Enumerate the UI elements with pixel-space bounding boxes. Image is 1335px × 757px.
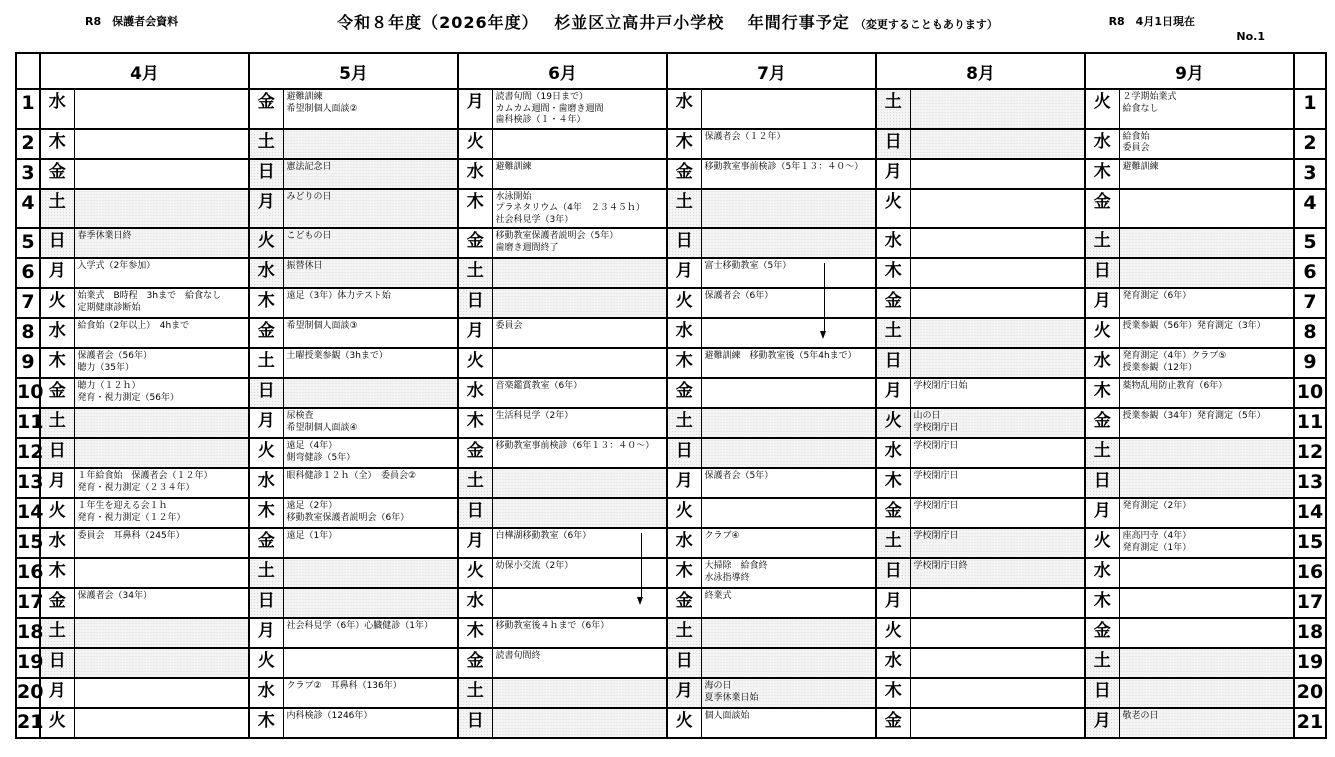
dow-cell: 日 [876, 348, 910, 378]
dow-cell: 木 [876, 468, 910, 498]
day-number-cell: 5 [16, 228, 40, 258]
event-text: 移動教室事前検診（6年１３：４０～） [496, 441, 664, 453]
event-cell: 遠足（3年）体力テスト始 [283, 288, 458, 318]
dow-cell: 金 [1085, 408, 1119, 438]
dow-cell: 金 [458, 438, 492, 468]
dow-cell: 日 [40, 228, 74, 258]
dow-cell: 木 [40, 129, 74, 159]
day-number-cell: 20 [16, 678, 40, 708]
event-cell: 委員会 [492, 318, 667, 348]
dow-cell: 火 [667, 708, 701, 738]
event-text: 避難訓練 [1123, 162, 1291, 174]
event-text: 保護者会（１２年） [705, 132, 873, 144]
event-cell: 学校閉庁日 [910, 468, 1085, 498]
dow-cell: 金 [458, 228, 492, 258]
day-number-cell: 3 [16, 159, 40, 189]
event-text: 給食始（2年以上） 4hまで [78, 321, 246, 333]
event-text: 移動教室保護者説明会（6年） [287, 513, 455, 525]
day-number-cell: 7 [1294, 288, 1326, 318]
schedule-row: 10金聴力（１２ｈ）発育・視力測定（56年）日水音楽鑑賞教室（6年）金月学校閉庁… [16, 378, 1326, 408]
event-text: 遠足（3年）体力テスト始 [287, 291, 455, 303]
event-text: 遠足（2年） [287, 501, 455, 513]
day-number-cell: 2 [16, 129, 40, 159]
event-text: 読書旬間（19日まで） [496, 92, 664, 104]
schedule-row: 5日春季休業日終火こどもの日金移動教室保護者説明会（5年）歯磨き週間終了日水土5 [16, 228, 1326, 258]
dow-cell: 土 [249, 558, 283, 588]
schedule-row: 9木保護者会（56年）聴力（35年）土土曜授業参観（3hまで）火木避難訓練 移動… [16, 348, 1326, 378]
month-header-1: 4月 [40, 53, 249, 89]
day-number-cell: 9 [16, 348, 40, 378]
dow-cell: 日 [667, 438, 701, 468]
event-cell: 聴力（１２ｈ）発育・視力測定（56年） [74, 378, 249, 408]
dow-cell: 木 [667, 129, 701, 159]
dow-cell: 火 [1085, 318, 1119, 348]
dow-cell: 日 [667, 228, 701, 258]
day-number-cell: 12 [1294, 438, 1326, 468]
event-cell [701, 228, 876, 258]
trip-duration-arrow-icon [824, 263, 825, 333]
dow-cell: 土 [876, 318, 910, 348]
page-number: No.1 [1236, 30, 1265, 43]
event-cell [283, 588, 458, 618]
dow-cell: 月 [1085, 498, 1119, 528]
event-cell: 薬物乱用防止教育（6年） [1119, 378, 1294, 408]
event-text: 保護者会（6年） [705, 291, 873, 303]
event-text: ２学期始業式 [1123, 92, 1291, 104]
dow-cell: 土 [249, 129, 283, 159]
event-cell [701, 89, 876, 129]
day-number-cell: 18 [16, 618, 40, 648]
event-text: 水泳開始 [496, 192, 664, 204]
event-cell: 遠足（2年）移動教室保護者説明会（6年） [283, 498, 458, 528]
event-cell: 眼科健診１２ｈ（全） 委員会② [283, 468, 458, 498]
event-cell: クラブ④ [701, 528, 876, 558]
event-cell: 遠足（1年） [283, 528, 458, 558]
event-cell: 避難訓練 [492, 159, 667, 189]
event-cell [910, 159, 1085, 189]
event-cell [1119, 189, 1294, 229]
dow-cell: 月 [1085, 708, 1119, 738]
event-cell: 学校閉庁日始 [910, 378, 1085, 408]
event-text: 学校閉庁日終 [914, 561, 1082, 573]
dow-cell: 水 [40, 528, 74, 558]
dow-cell: 木 [458, 618, 492, 648]
event-cell [1119, 678, 1294, 708]
event-text: 社会科見学（3年） [496, 215, 664, 227]
dow-cell: 土 [458, 468, 492, 498]
event-cell [910, 288, 1085, 318]
event-cell: 保護者会（6年） [701, 288, 876, 318]
month-header-row: 4月5月6月7月8月9月 [16, 53, 1326, 89]
event-text: 夏季休業日始 [705, 693, 873, 705]
event-text: 学校閉庁日 [914, 531, 1082, 543]
event-cell: 保護者会（１２年） [701, 129, 876, 159]
event-cell [910, 318, 1085, 348]
dow-cell: 木 [1085, 159, 1119, 189]
event-text: 授業参観（34年）発育測定（5年） [1123, 411, 1291, 423]
event-cell: 大掃除 給食終水泳指導終 [701, 558, 876, 588]
event-cell [910, 258, 1085, 288]
dow-cell: 土 [667, 618, 701, 648]
event-cell: 避難訓練 [1119, 159, 1294, 189]
event-text: クラブ④ [705, 531, 873, 543]
dow-cell: 月 [876, 159, 910, 189]
event-cell [74, 159, 249, 189]
day-number-cell: 19 [16, 648, 40, 678]
event-cell [910, 189, 1085, 229]
dow-cell: 金 [249, 528, 283, 558]
event-text: 学校閉庁日始 [914, 381, 1082, 393]
event-text: 歯磨き週間終了 [496, 243, 664, 255]
dow-cell: 金 [40, 159, 74, 189]
dow-cell: 水 [458, 588, 492, 618]
event-cell [701, 408, 876, 438]
event-text: 希望制個人面談② [287, 104, 455, 116]
dow-cell: 土 [667, 189, 701, 229]
event-cell: みどりの日 [283, 189, 458, 229]
dow-cell: 土 [40, 618, 74, 648]
event-text: 保護者会（56年） [78, 351, 246, 363]
event-cell [701, 438, 876, 468]
event-text: 薬物乱用防止教育（6年） [1123, 381, 1291, 393]
event-text: 大掃除 給食終 [705, 561, 873, 573]
event-cell [1119, 618, 1294, 648]
dow-cell: 水 [876, 228, 910, 258]
event-text: 給食始 [1123, 132, 1291, 144]
event-text: 定期健康診断始 [78, 303, 246, 315]
dow-cell: 月 [876, 588, 910, 618]
dow-cell: 日 [249, 378, 283, 408]
event-text: 学校閉庁日 [914, 441, 1082, 453]
dow-cell: 金 [876, 498, 910, 528]
day-number-cell: 15 [1294, 528, 1326, 558]
dow-cell: 日 [1085, 678, 1119, 708]
event-text: 水泳指導終 [705, 573, 873, 585]
event-cell: 移動教室後４ｈまで（6年） [492, 618, 667, 648]
event-cell: 保護者会（34年） [74, 588, 249, 618]
event-cell: 春季休業日終 [74, 228, 249, 258]
dow-cell: 金 [667, 588, 701, 618]
event-cell [910, 228, 1085, 258]
event-cell: 始業式 B時程 3hまで 給食なし定期健康診断始 [74, 288, 249, 318]
dow-cell: 水 [667, 89, 701, 129]
dow-cell: 水 [1085, 348, 1119, 378]
event-text: 側弯健診（5年） [287, 453, 455, 465]
event-cell: 音楽鑑賞教室（6年） [492, 378, 667, 408]
month-header-4: 7月 [667, 53, 876, 89]
dow-cell: 月 [667, 258, 701, 288]
event-text: 希望制個人面談④ [287, 423, 455, 435]
event-cell [910, 588, 1085, 618]
dow-cell: 火 [1085, 89, 1119, 129]
day-number-cell: 3 [1294, 159, 1326, 189]
day-number-cell: 21 [16, 708, 40, 738]
event-cell: 振替休日 [283, 258, 458, 288]
event-text: 給食なし [1123, 104, 1291, 116]
dow-cell: 月 [40, 258, 74, 288]
dow-cell: 火 [458, 558, 492, 588]
event-text: 振替休日 [287, 261, 455, 273]
event-cell [910, 129, 1085, 159]
dow-cell: 日 [458, 288, 492, 318]
event-cell: 移動教室保護者説明会（5年）歯磨き週間終了 [492, 228, 667, 258]
event-text: 保護者会（5年） [705, 471, 873, 483]
event-text: 白樺湖移動教室（6年） [496, 531, 664, 543]
event-text: 発育・視力測定（56年） [78, 393, 246, 405]
dow-cell: 月 [667, 678, 701, 708]
day-number-cell: 10 [16, 378, 40, 408]
dow-cell: 土 [1085, 648, 1119, 678]
event-cell: 終業式 [701, 588, 876, 618]
dow-cell: 月 [876, 378, 910, 408]
dow-cell: 土 [458, 258, 492, 288]
schedule-row: 7火始業式 B時程 3hまで 給食なし定期健康診断始木遠足（3年）体力テスト始日… [16, 288, 1326, 318]
event-text: 眼科健診１２ｈ（全） 委員会② [287, 471, 455, 483]
event-text: 内科検診（1246年） [287, 711, 455, 723]
event-text: 保護者会（34年） [78, 591, 246, 603]
event-cell [492, 498, 667, 528]
dow-cell: 木 [667, 558, 701, 588]
day-number-cell: 16 [1294, 558, 1326, 588]
dow-cell: 木 [249, 288, 283, 318]
event-cell: 社会科見学（6年）心臓健診（1年） [283, 618, 458, 648]
event-text: 遠足（1年） [287, 531, 455, 543]
event-cell: 敬老の日 [1119, 708, 1294, 738]
day-number-cell: 13 [16, 468, 40, 498]
event-cell [74, 408, 249, 438]
dow-cell: 土 [876, 89, 910, 129]
event-text: 避難訓練 [496, 162, 664, 174]
event-cell: 給食始委員会 [1119, 129, 1294, 159]
event-text: 歯科検診（１・４年） [496, 115, 664, 127]
dow-cell: 土 [667, 408, 701, 438]
event-text: 社会科見学（6年）心臓健診（1年） [287, 621, 455, 633]
event-cell: 憲法記念日 [283, 159, 458, 189]
event-cell [492, 468, 667, 498]
dow-cell: 火 [249, 648, 283, 678]
schedule-row: 11土月尿検査希望制個人面談④木生活科見学（2年）土火山の日学校閉庁日金授業参観… [16, 408, 1326, 438]
event-cell [701, 498, 876, 528]
dow-cell: 火 [249, 228, 283, 258]
dow-cell: 水 [667, 318, 701, 348]
event-text: 発育・視力測定（２３４年） [78, 483, 246, 495]
event-cell [910, 618, 1085, 648]
event-text: 学校閉庁日 [914, 501, 1082, 513]
event-text: 聴力（１２ｈ） [78, 381, 246, 393]
schedule-row: 18土月社会科見学（6年）心臓健診（1年）木移動教室後４ｈまで（6年）土火金18 [16, 618, 1326, 648]
event-text: 委員会 [1123, 143, 1291, 155]
event-cell: 発育測定（2年） [1119, 498, 1294, 528]
event-cell [910, 708, 1085, 738]
corner-cell-left [16, 53, 40, 89]
event-text: 避難訓練 [287, 92, 455, 104]
dow-cell: 火 [876, 408, 910, 438]
event-cell [1119, 228, 1294, 258]
event-text: 学校閉庁日 [914, 471, 1082, 483]
dow-cell: 日 [458, 708, 492, 738]
month-header-5: 8月 [876, 53, 1085, 89]
event-cell [701, 189, 876, 229]
dow-cell: 水 [458, 378, 492, 408]
dow-cell: 日 [876, 129, 910, 159]
day-number-cell: 12 [16, 438, 40, 468]
dow-cell: 水 [249, 678, 283, 708]
dow-cell: 火 [667, 288, 701, 318]
event-cell [492, 708, 667, 738]
event-cell [74, 89, 249, 129]
event-cell: 移動教室事前検診（6年１３：４０～） [492, 438, 667, 468]
dow-cell: 日 [249, 588, 283, 618]
event-cell: 学校閉庁日 [910, 438, 1085, 468]
event-cell [283, 129, 458, 159]
event-cell [74, 129, 249, 159]
schedule-row: 4土月みどりの日木水泳開始プラネタリウム（4年 ２３４５ｈ）社会科見学（3年）土… [16, 189, 1326, 229]
event-cell: 避難訓練希望制個人面談② [283, 89, 458, 129]
event-cell [910, 678, 1085, 708]
event-cell: 水泳開始プラネタリウム（4年 ２３４５ｈ）社会科見学（3年） [492, 189, 667, 229]
event-cell: 土曜授業参観（3hまで） [283, 348, 458, 378]
event-cell: 座高円寺（4年）発育測定（1年） [1119, 528, 1294, 558]
dow-cell: 月 [1085, 288, 1119, 318]
dow-cell: 金 [667, 159, 701, 189]
event-text: 生活科見学（2年） [496, 411, 664, 423]
event-cell: 生活科見学（2年） [492, 408, 667, 438]
event-cell [910, 89, 1085, 129]
event-cell [1119, 648, 1294, 678]
dow-cell: 水 [876, 438, 910, 468]
dow-cell: 火 [40, 498, 74, 528]
event-cell: １年給食始 保護者会（１２年）発育・視力測定（２３４年） [74, 468, 249, 498]
day-number-cell: 4 [1294, 189, 1326, 229]
event-text: 幼保小交流（2年） [496, 561, 664, 573]
event-cell [701, 648, 876, 678]
event-cell: こどもの日 [283, 228, 458, 258]
dow-cell: 土 [458, 678, 492, 708]
event-cell: 保護者会（56年）聴力（35年） [74, 348, 249, 378]
event-text: 始業式 B時程 3hまで 給食なし [78, 291, 246, 303]
schedule-row: 6月入学式（2年参加）水振替休日土月富士移動教室（5年）木日6 [16, 258, 1326, 288]
event-cell [492, 258, 667, 288]
dow-cell: 水 [458, 159, 492, 189]
trip-duration-arrow-icon [641, 533, 642, 599]
event-text: １年生を迎える会１ｈ [78, 501, 246, 513]
schedule-row: 1水金避難訓練希望制個人面談②月読書旬間（19日まで）カムカム週間・歯磨き週間歯… [16, 89, 1326, 129]
dow-cell: 水 [1085, 558, 1119, 588]
page-title: 令和８年度（2026年度） 杉並区立高井戸小学校 年間行事予定 [337, 13, 850, 32]
event-text: 発育測定（1年） [1123, 543, 1291, 555]
event-text: 海の日 [705, 681, 873, 693]
schedule-body: 1水金避難訓練希望制個人面談②月読書旬間（19日まで）カムカム週間・歯磨き週間歯… [16, 89, 1326, 738]
dow-cell: 月 [249, 408, 283, 438]
doc-note-right: R8 4月1日現在 [1109, 13, 1195, 29]
corner-cell-right [1294, 53, 1326, 89]
event-cell: 山の日学校閉庁日 [910, 408, 1085, 438]
event-cell: 学校閉庁日終 [910, 558, 1085, 588]
event-cell: 読書旬間終 [492, 648, 667, 678]
day-number-cell: 21 [1294, 708, 1326, 738]
event-text: 聴力（35年） [78, 363, 246, 375]
dow-cell: 木 [876, 678, 910, 708]
schedule-row: 19日火金読書旬間終日水土19 [16, 648, 1326, 678]
event-cell [1119, 258, 1294, 288]
event-cell: 授業参観（34年）発育測定（5年） [1119, 408, 1294, 438]
dow-cell: 木 [876, 258, 910, 288]
dow-cell: 木 [1085, 588, 1119, 618]
event-cell [74, 618, 249, 648]
event-cell: 避難訓練 移動教室後（5年4hまで） [701, 348, 876, 378]
event-cell: 入学式（2年参加） [74, 258, 249, 288]
dow-cell: 月 [249, 189, 283, 229]
day-number-cell: 19 [1294, 648, 1326, 678]
dow-cell: 木 [40, 558, 74, 588]
schedule-row: 3金日憲法記念日水避難訓練金移動教室事前検診（5年１３：４０～）月木避難訓練3 [16, 159, 1326, 189]
day-number-cell: 15 [16, 528, 40, 558]
event-text: 希望制個人面談③ [287, 321, 455, 333]
schedule-row: 2木土火木保護者会（１２年）日水給食始委員会2 [16, 129, 1326, 159]
event-cell: 富士移動教室（5年） [701, 258, 876, 288]
month-header-3: 6月 [458, 53, 667, 89]
dow-cell: 木 [249, 498, 283, 528]
event-cell: 遠足（4年）側弯健診（5年） [283, 438, 458, 468]
dow-cell: 火 [40, 288, 74, 318]
event-text: 避難訓練 移動教室後（5年4hまで） [705, 351, 873, 363]
event-text: 発育・視力測定（１２年） [78, 513, 246, 525]
event-text: 富士移動教室（5年） [705, 261, 873, 273]
day-number-cell: 20 [1294, 678, 1326, 708]
event-cell: 内科検診（1246年） [283, 708, 458, 738]
event-text: 音楽鑑賞教室（6年） [496, 381, 664, 393]
event-cell: 学校閉庁日 [910, 528, 1085, 558]
dow-cell: 火 [876, 618, 910, 648]
event-text: 発育測定（6年） [1123, 291, 1291, 303]
dow-cell: 日 [249, 159, 283, 189]
event-cell: 学校閉庁日 [910, 498, 1085, 528]
dow-cell: 日 [876, 558, 910, 588]
day-number-cell: 5 [1294, 228, 1326, 258]
event-cell [492, 348, 667, 378]
event-cell [283, 648, 458, 678]
dow-cell: 木 [458, 189, 492, 229]
document-header: R8 保護者会資料 令和８年度（2026年度） 杉並区立高井戸小学校 年間行事予… [0, 0, 1335, 48]
event-cell: 保護者会（5年） [701, 468, 876, 498]
page-title-note: （変更することもあります） [855, 18, 998, 31]
month-header-6: 9月 [1085, 53, 1294, 89]
dow-cell: 火 [458, 129, 492, 159]
schedule-row: 13月１年給食始 保護者会（１２年）発育・視力測定（２３４年）水眼科健診１２ｈ（… [16, 468, 1326, 498]
dow-cell: 金 [876, 288, 910, 318]
schedule-table: 4月5月6月7月8月9月 1水金避難訓練希望制個人面談②月読書旬間（19日まで）… [15, 52, 1327, 739]
event-cell: 発育測定（4年）クラブ⑤授業参観（12年） [1119, 348, 1294, 378]
schedule-row: 14火１年生を迎える会１ｈ発育・視力測定（１２年）木遠足（2年）移動教室保護者説… [16, 498, 1326, 528]
day-number-cell: 6 [1294, 258, 1326, 288]
event-text: 山の日 [914, 411, 1082, 423]
dow-cell: 水 [667, 528, 701, 558]
event-text: 憲法記念日 [287, 162, 455, 174]
dow-cell: 月 [458, 89, 492, 129]
day-number-cell: 10 [1294, 378, 1326, 408]
dow-cell: 木 [1085, 378, 1119, 408]
schedule-row: 17金保護者会（34年）日水金終業式月木17 [16, 588, 1326, 618]
schedule-row: 12日火遠足（4年）側弯健診（5年）金移動教室事前検診（6年１３：４０～）日水学… [16, 438, 1326, 468]
dow-cell: 水 [249, 258, 283, 288]
event-cell [74, 189, 249, 229]
schedule-head: 4月5月6月7月8月9月 [16, 53, 1326, 89]
dow-cell: 火 [40, 708, 74, 738]
event-text: 個人面談始 [705, 711, 873, 723]
day-number-cell: 16 [16, 558, 40, 588]
event-cell [74, 648, 249, 678]
event-cell: 読書旬間（19日まで）カムカム週間・歯磨き週間歯科検診（１・４年） [492, 89, 667, 129]
